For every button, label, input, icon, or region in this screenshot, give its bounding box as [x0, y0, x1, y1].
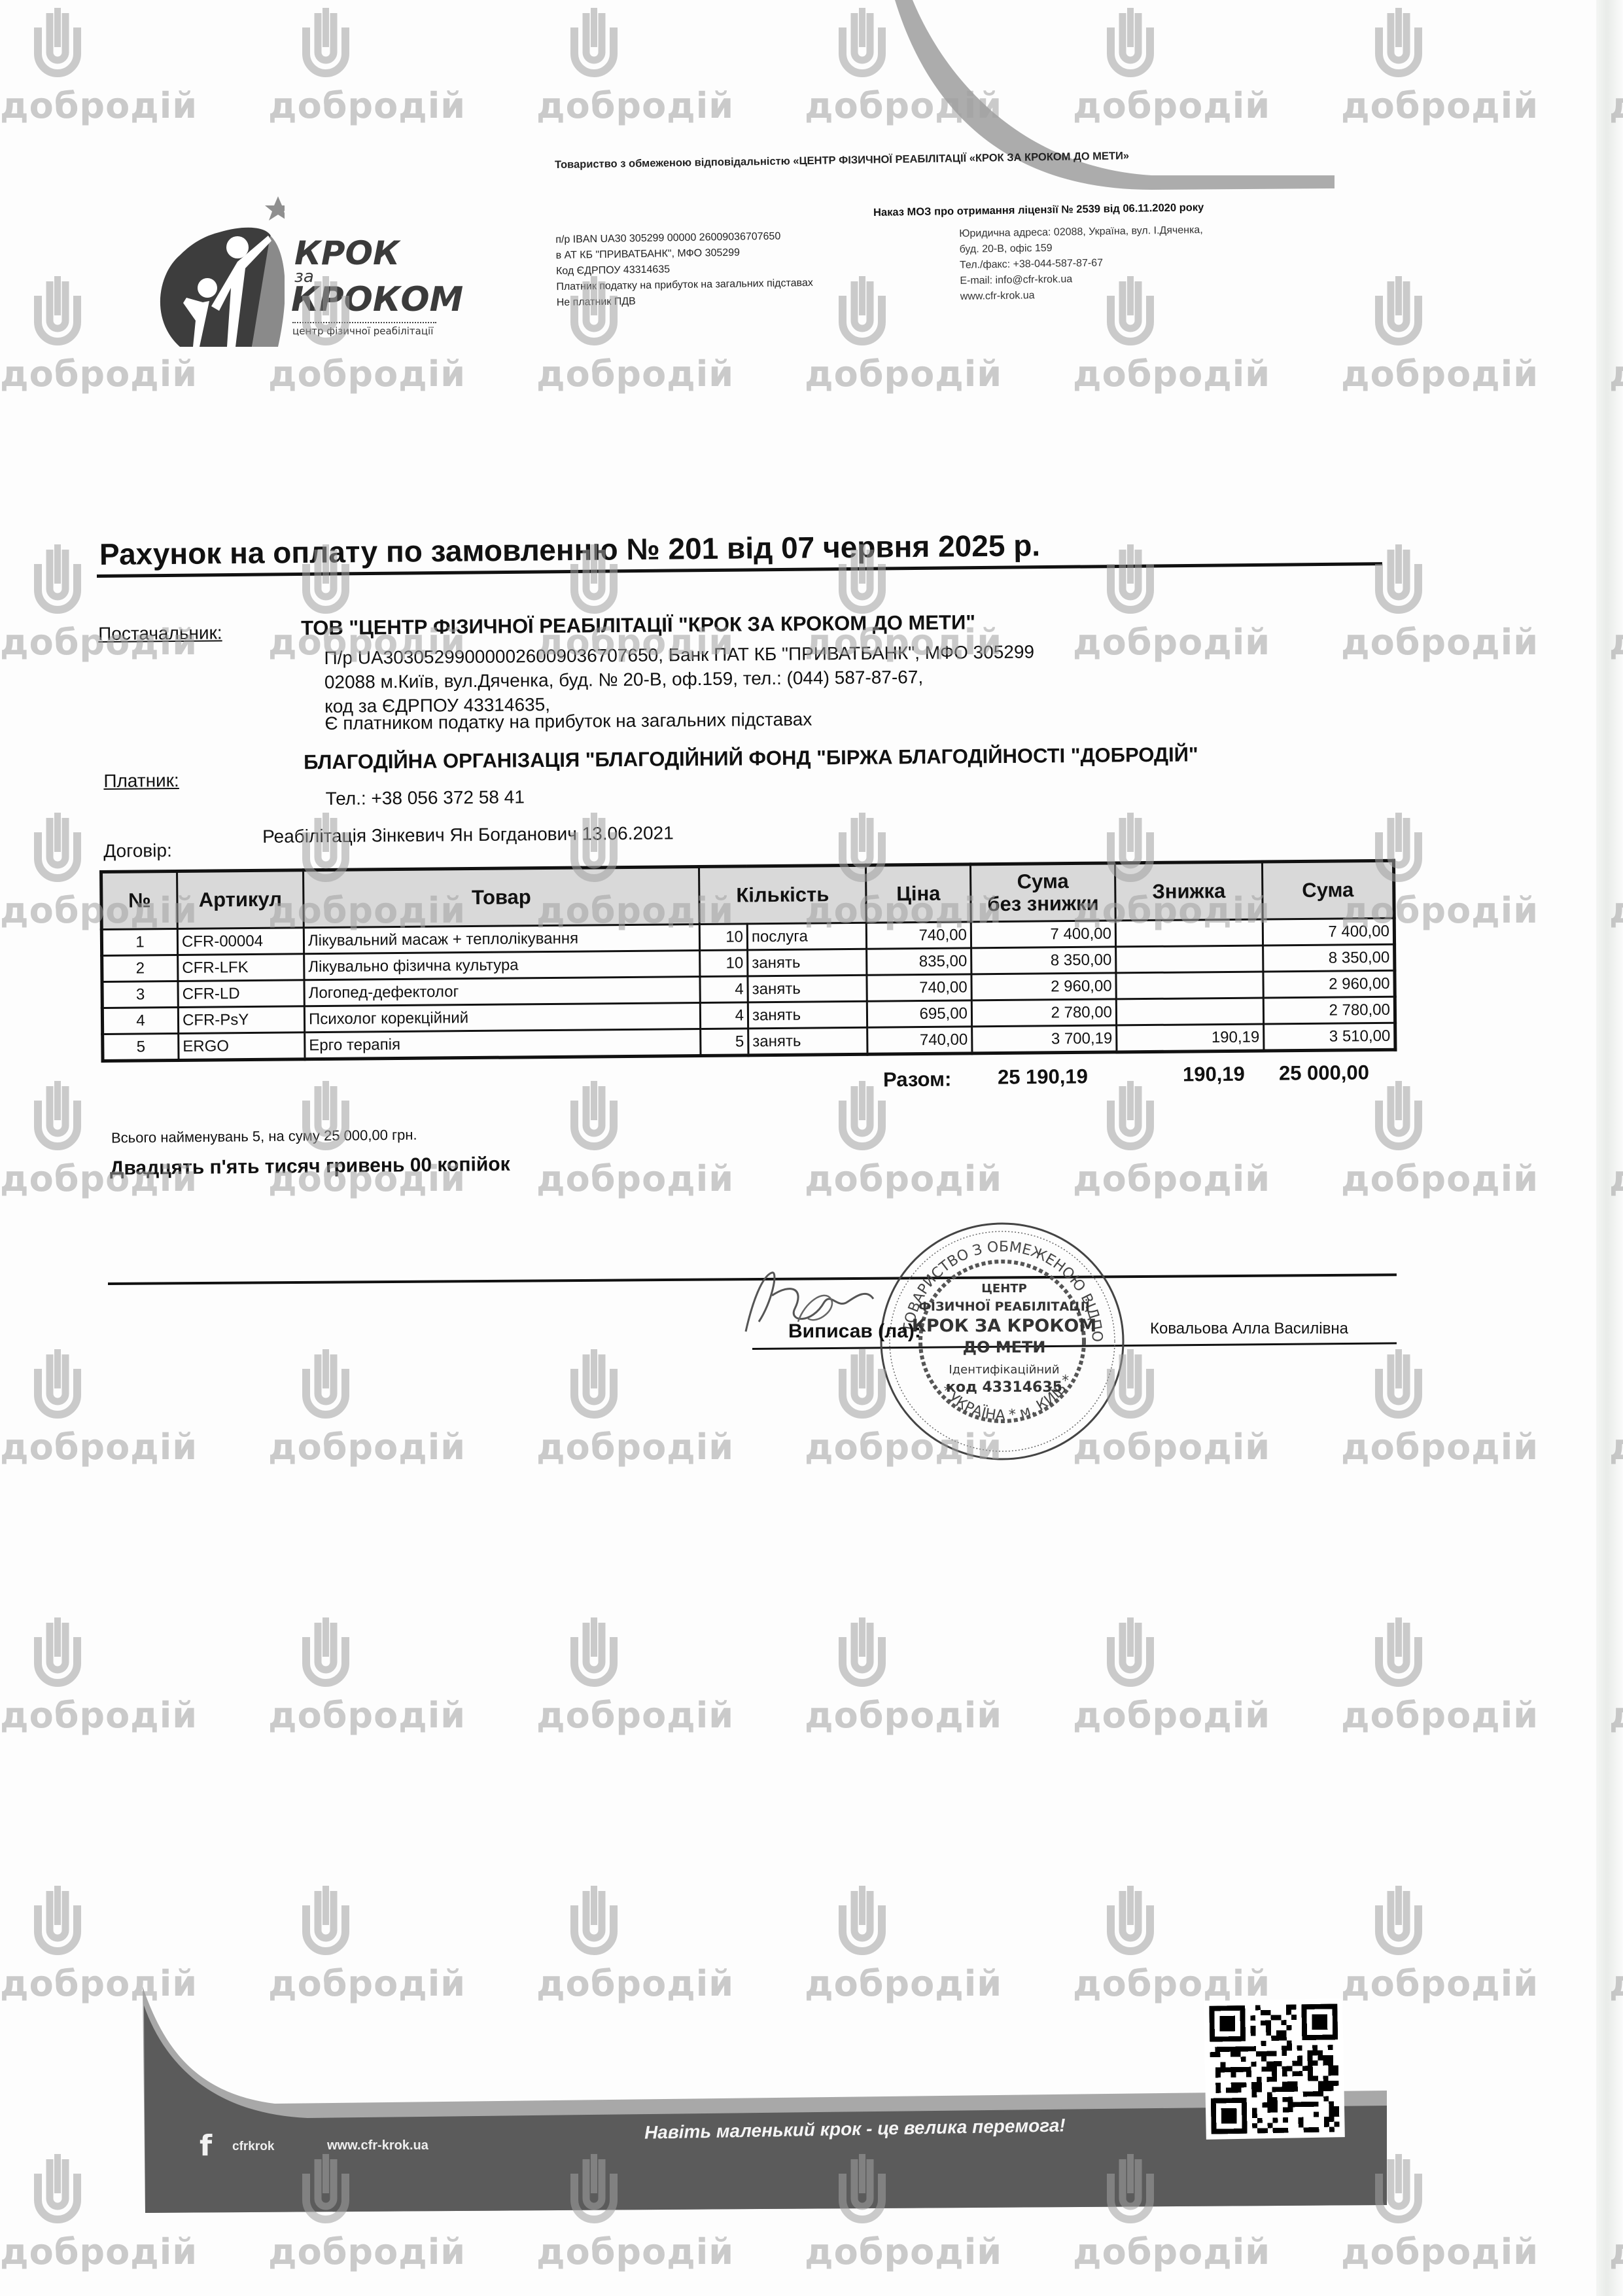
logo-figures-icon	[154, 196, 285, 347]
row-no: 1	[101, 928, 177, 955]
contract-label: Договір:	[103, 840, 172, 862]
col-header-item: Товар	[304, 867, 700, 928]
col-header-no: №	[101, 871, 178, 929]
row-unit: занять	[748, 949, 867, 976]
row-qty: 10	[700, 950, 748, 977]
table-header-row: № Артикул Товар Кількість Ціна Сума без …	[101, 860, 1395, 929]
row-sku: CFR-PsY	[178, 1006, 304, 1034]
supplier-label: Постачальник:	[98, 622, 222, 645]
row-item: Ерго терапія	[305, 1029, 701, 1059]
col-header-qty: Кількість	[699, 865, 866, 924]
row-sum-nodisc: 2 780,00	[971, 999, 1116, 1027]
row-discount	[1116, 998, 1263, 1025]
stamp-line: ДО МЕТИ	[963, 1338, 1046, 1356]
totals-sum-nodisc: 25 190,19	[998, 1065, 1088, 1089]
row-qty: 5	[701, 1029, 748, 1056]
stamp-line: КРОК ЗА КРОКОМ	[912, 1316, 1096, 1336]
stamp-line: ЦЕНТР	[981, 1282, 1027, 1296]
items-table: № Артикул Товар Кількість Ціна Сума без …	[99, 859, 1397, 1063]
row-qty: 4	[700, 1002, 748, 1029]
payer-phone: Тел.: +38 056 372 58 41	[325, 786, 524, 809]
row-unit: занять	[748, 1027, 867, 1055]
logo-tagline: центр фізичної реабілітації	[292, 325, 433, 337]
row-price: 740,00	[867, 974, 971, 1001]
footer-website[interactable]: www.cfr-krok.ua	[327, 2138, 428, 2153]
col-header-sum: Сума	[1262, 860, 1394, 919]
row-sku: CFR-LFK	[178, 954, 304, 981]
bank-details: п/р IBAN UA30 305299 00000 2600903670765…	[555, 228, 813, 311]
row-sku: CFR-LD	[178, 980, 304, 1008]
row-no: 3	[102, 981, 178, 1008]
row-unit: послуга	[747, 923, 866, 950]
items-table-wrapper: № Артикул Товар Кількість Ціна Сума без …	[99, 859, 1397, 1063]
row-discount	[1115, 919, 1263, 947]
totals-label: Разом:	[883, 1068, 952, 1092]
row-qty: 4	[700, 976, 748, 1003]
row-price: 835,00	[867, 948, 971, 975]
row-sum-nodisc: 3 700,19	[972, 1025, 1117, 1053]
row-item: Лікувально фізична культура	[304, 950, 700, 980]
row-price: 740,00	[867, 1027, 972, 1054]
col-header-sum-nodisc: Сума без знижки	[970, 863, 1115, 922]
row-sum: 3 510,00	[1264, 1023, 1395, 1051]
row-no: 5	[103, 1033, 179, 1061]
summary-count: Всього найменувань 5, на суму 25 000,00 …	[111, 1127, 417, 1147]
supplier-line: Є платником податку на прибуток на загал…	[324, 709, 812, 733]
summary-amount-words: Двадцять п'ять тисяч гривень 00 копійок	[110, 1154, 510, 1180]
row-unit: занять	[748, 1001, 867, 1029]
col-header-price: Ціна	[865, 864, 971, 923]
logo-divider	[292, 322, 436, 323]
row-sum-nodisc: 2 960,00	[971, 973, 1116, 1000]
row-qty: 10	[699, 924, 747, 951]
col-header-discount: Знижка	[1115, 862, 1263, 921]
row-sku: CFR-00004	[177, 928, 304, 955]
row-sum-nodisc: 7 400,00	[971, 921, 1115, 948]
issued-by-name: Ковальова Алла Василівна	[1150, 1320, 1348, 1338]
items-table-body: 1CFR-00004Лікувальний масаж + теплолікув…	[101, 918, 1395, 1061]
row-price: 740,00	[866, 922, 971, 949]
row-discount: 190,19	[1117, 1024, 1264, 1052]
row-sum: 8 350,00	[1263, 944, 1395, 972]
contract-value: Реабілітація Зінкевич Ян Богданович 13.0…	[262, 822, 674, 847]
stamp-line: ФІЗИЧНОЇ РЕАБІЛІТАЦІЇ	[918, 1298, 1090, 1314]
qr-code-icon	[1209, 2004, 1339, 2134]
krok-za-krokom-logo: КРОК за КРОКОМ центр фізичної реабілітац…	[154, 196, 455, 344]
col-header-sum-nodisc-line1: Сума	[975, 870, 1110, 894]
row-sum: 2 780,00	[1263, 997, 1395, 1024]
totals-discount: 190,19	[1183, 1063, 1245, 1087]
row-discount	[1116, 945, 1263, 973]
row-item: Лікувальний масаж + теплолікування	[304, 924, 699, 953]
totals-sum: 25 000,00	[1279, 1061, 1369, 1085]
row-item: Логопед-дефектолог	[304, 976, 700, 1006]
stamp-line: Ідентифікаційний	[949, 1363, 1059, 1377]
facebook-handle[interactable]: cfrkrok	[232, 2140, 274, 2154]
row-discount	[1116, 972, 1263, 999]
qr-code[interactable]	[1204, 1998, 1345, 2140]
payer-label: Платник:	[103, 770, 179, 792]
row-sum: 7 400,00	[1263, 918, 1394, 945]
row-price: 695,00	[867, 1000, 971, 1027]
contact-details: Юридична адреса: 02088, Україна, вул. І.…	[959, 222, 1204, 305]
row-unit: занять	[748, 975, 867, 1002]
issued-by-label: Виписав (ла):	[788, 1320, 921, 1343]
row-item: Психолог корекційний	[304, 1002, 700, 1032]
col-header-sku: Артикул	[177, 870, 304, 929]
row-no: 4	[102, 1007, 178, 1034]
logo-word-krokom: КРОКОМ	[291, 280, 463, 319]
row-sum-nodisc: 8 350,00	[971, 947, 1116, 974]
row-no: 2	[102, 955, 178, 981]
row-sku: ERGO	[179, 1033, 305, 1061]
stamp-line: код 43314635	[946, 1379, 1062, 1396]
row-sum: 2 960,00	[1263, 970, 1395, 998]
col-header-sum-nodisc-line2: без знижки	[975, 892, 1110, 916]
facebook-icon[interactable]: f	[200, 2129, 212, 2163]
